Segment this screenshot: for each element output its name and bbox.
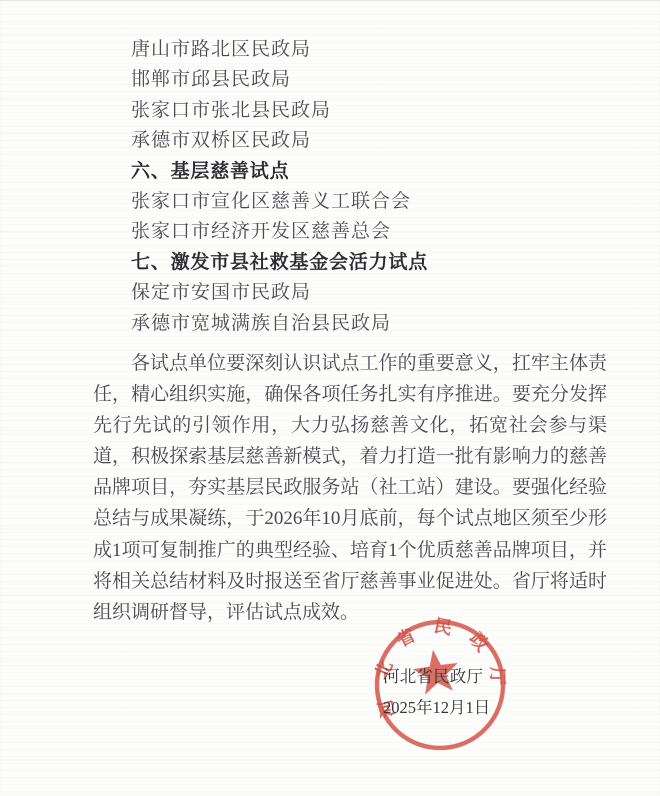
recipient-line: 承德市双桥区民政局 bbox=[93, 126, 613, 156]
recipient-line: 张家口市张北县民政局 bbox=[93, 96, 613, 126]
scanned-document-page: 唐山市路北区民政局邯郸市邱县民政局张家口市张北县民政局承德市双桥区民政局六、基层… bbox=[0, 0, 660, 796]
recipient-line: 张家口市宣化区慈善义工联合会 bbox=[93, 187, 613, 217]
signature-org: 河北省民政厅 bbox=[383, 666, 483, 688]
section-heading: 七、激发市县社救基金会活力试点 bbox=[93, 248, 613, 278]
paragraph-line: 品牌项目，夯实基层民政服务站（社工站）建设。要强化经验 bbox=[93, 472, 607, 503]
paragraph-line: 成1项可复制推广的典型经验、培育1个优质慈善品牌项目，并 bbox=[93, 535, 607, 566]
paragraph-line: 组织调研督导，评估试点成效。 bbox=[93, 597, 607, 628]
paragraph-line: 任，精心组织实施，确保各项任务扎实有序推进。要充分发挥 bbox=[93, 379, 607, 410]
recipient-line: 保定市安国市民政局 bbox=[93, 278, 613, 308]
section-heading: 六、基层慈善试点 bbox=[93, 157, 613, 187]
paragraph-line: 各试点单位要深刻认识试点工作的重要意义，扛牢主体责 bbox=[93, 348, 607, 379]
paragraph-line: 将相关总结材料及时报送至省厅慈善事业促进处。省厅将适时 bbox=[93, 566, 607, 597]
paragraph-line: 道，积极探索基层慈善新模式，着力打造一批有影响力的慈善 bbox=[93, 441, 607, 472]
paragraph-line: 总结与成果凝练，于2026年10月底前，每个试点地区须至少形 bbox=[93, 503, 607, 534]
recipient-line: 张家口市经济开发区慈善总会 bbox=[93, 217, 613, 247]
paragraph-line: 先行先试的引领作用，大力弘扬慈善文化，拓宽社会参与渠 bbox=[93, 410, 607, 441]
recipient-list: 唐山市路北区民政局邯郸市邱县民政局张家口市张北县民政局承德市双桥区民政局六、基层… bbox=[93, 35, 613, 339]
recipient-line: 邯郸市邱县民政局 bbox=[93, 65, 613, 95]
signature-date: 2025年12月1日 bbox=[383, 697, 490, 719]
recipient-line: 唐山市路北区民政局 bbox=[93, 35, 613, 65]
body-paragraph: 各试点单位要深刻认识试点工作的重要意义，扛牢主体责任，精心组织实施，确保各项任务… bbox=[93, 348, 607, 628]
recipient-line: 承德市宽城满族自治县民政局 bbox=[93, 309, 613, 339]
